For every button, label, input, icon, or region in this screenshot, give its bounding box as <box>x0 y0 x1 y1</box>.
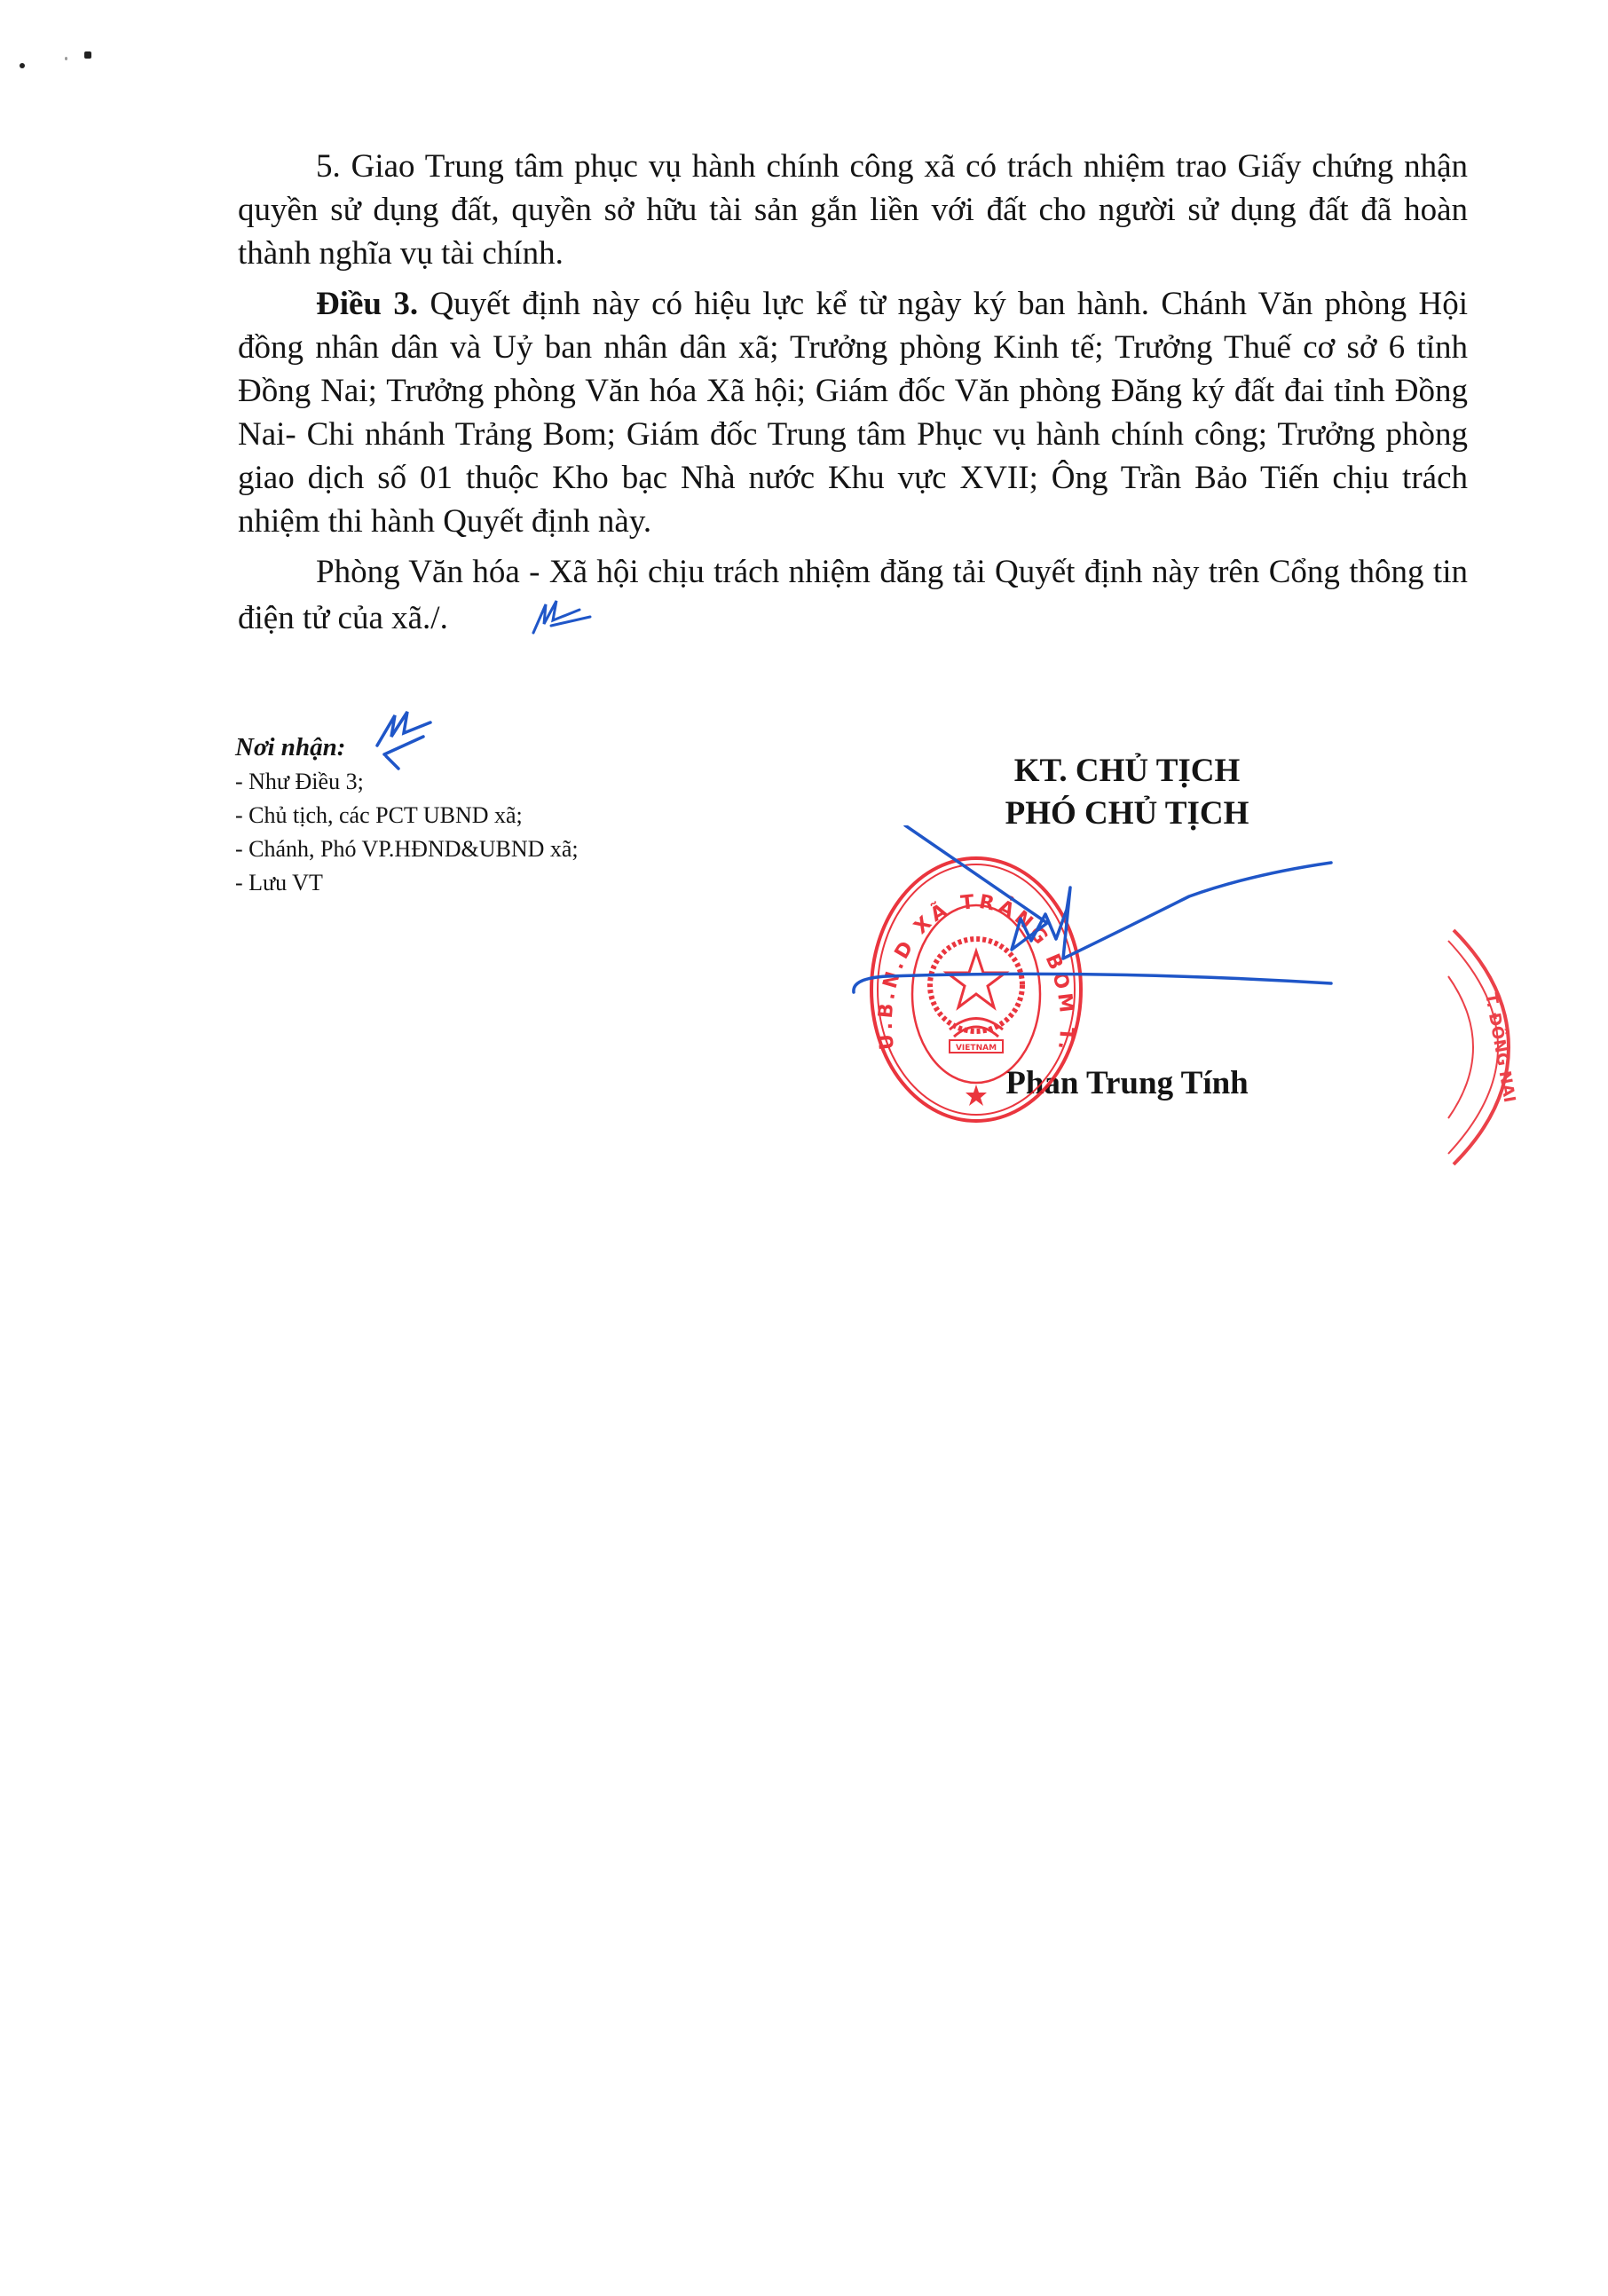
svg-text:T. ĐỒNG NAI: T. ĐỒNG NAI <box>1481 991 1517 1104</box>
recipient-item: - Chủ tịch, các PCT UBND xã; <box>235 799 579 832</box>
paragraph-item-5: 5. Giao Trung tâm phục vụ hành chính côn… <box>238 145 1468 275</box>
signer-title-line-1: KT. CHỦ TỊCH <box>887 750 1367 793</box>
recipients-title: Nơi nhận: <box>235 730 579 765</box>
article-heading: Điều 3. <box>316 286 418 322</box>
paragraph-text: Quyết định này có hiệu lực kể từ ngày ký… <box>238 286 1468 540</box>
document-body: 5. Giao Trung tâm phục vụ hành chính côn… <box>238 145 1468 648</box>
scan-artifact <box>65 57 67 60</box>
recipient-item: - Lưu VT <box>235 866 579 900</box>
paragraph-publication: Phòng Văn hóa - Xã hội chịu trách nhiệm … <box>238 550 1468 648</box>
scan-artifact <box>20 63 25 68</box>
recipient-item: - Chánh, Phó VP.HĐND&UBND xã; <box>235 832 579 866</box>
scan-artifact <box>84 51 91 59</box>
recipients-title-text: Nơi nhận: <box>235 733 345 761</box>
handwritten-signature-icon <box>834 825 1438 1021</box>
paragraph-text: Phòng Văn hóa - Xã hội chịu trách nhiệm … <box>238 554 1468 636</box>
recipients-block: Nơi nhận: - Như Điều 3; - Chủ tịch, các … <box>235 730 579 900</box>
partial-seal-icon: T. ĐỒNG NAI <box>1446 923 1517 1172</box>
paragraph-text: 5. Giao Trung tâm phục vụ hành chính côn… <box>238 148 1468 272</box>
paragraph-article-3: Điều 3. Quyết định này có hiệu lực kể từ… <box>238 282 1468 543</box>
initials-mark-icon <box>368 710 439 772</box>
svg-text:VIETNAM: VIETNAM <box>956 1044 997 1053</box>
initials-mark-icon <box>448 594 597 648</box>
recipients-list: - Như Điều 3; - Chủ tịch, các PCT UBND x… <box>235 765 579 900</box>
signature-block: KT. CHỦ TỊCH PHÓ CHỦ TỊCH Phan Trung Tín… <box>887 750 1367 835</box>
